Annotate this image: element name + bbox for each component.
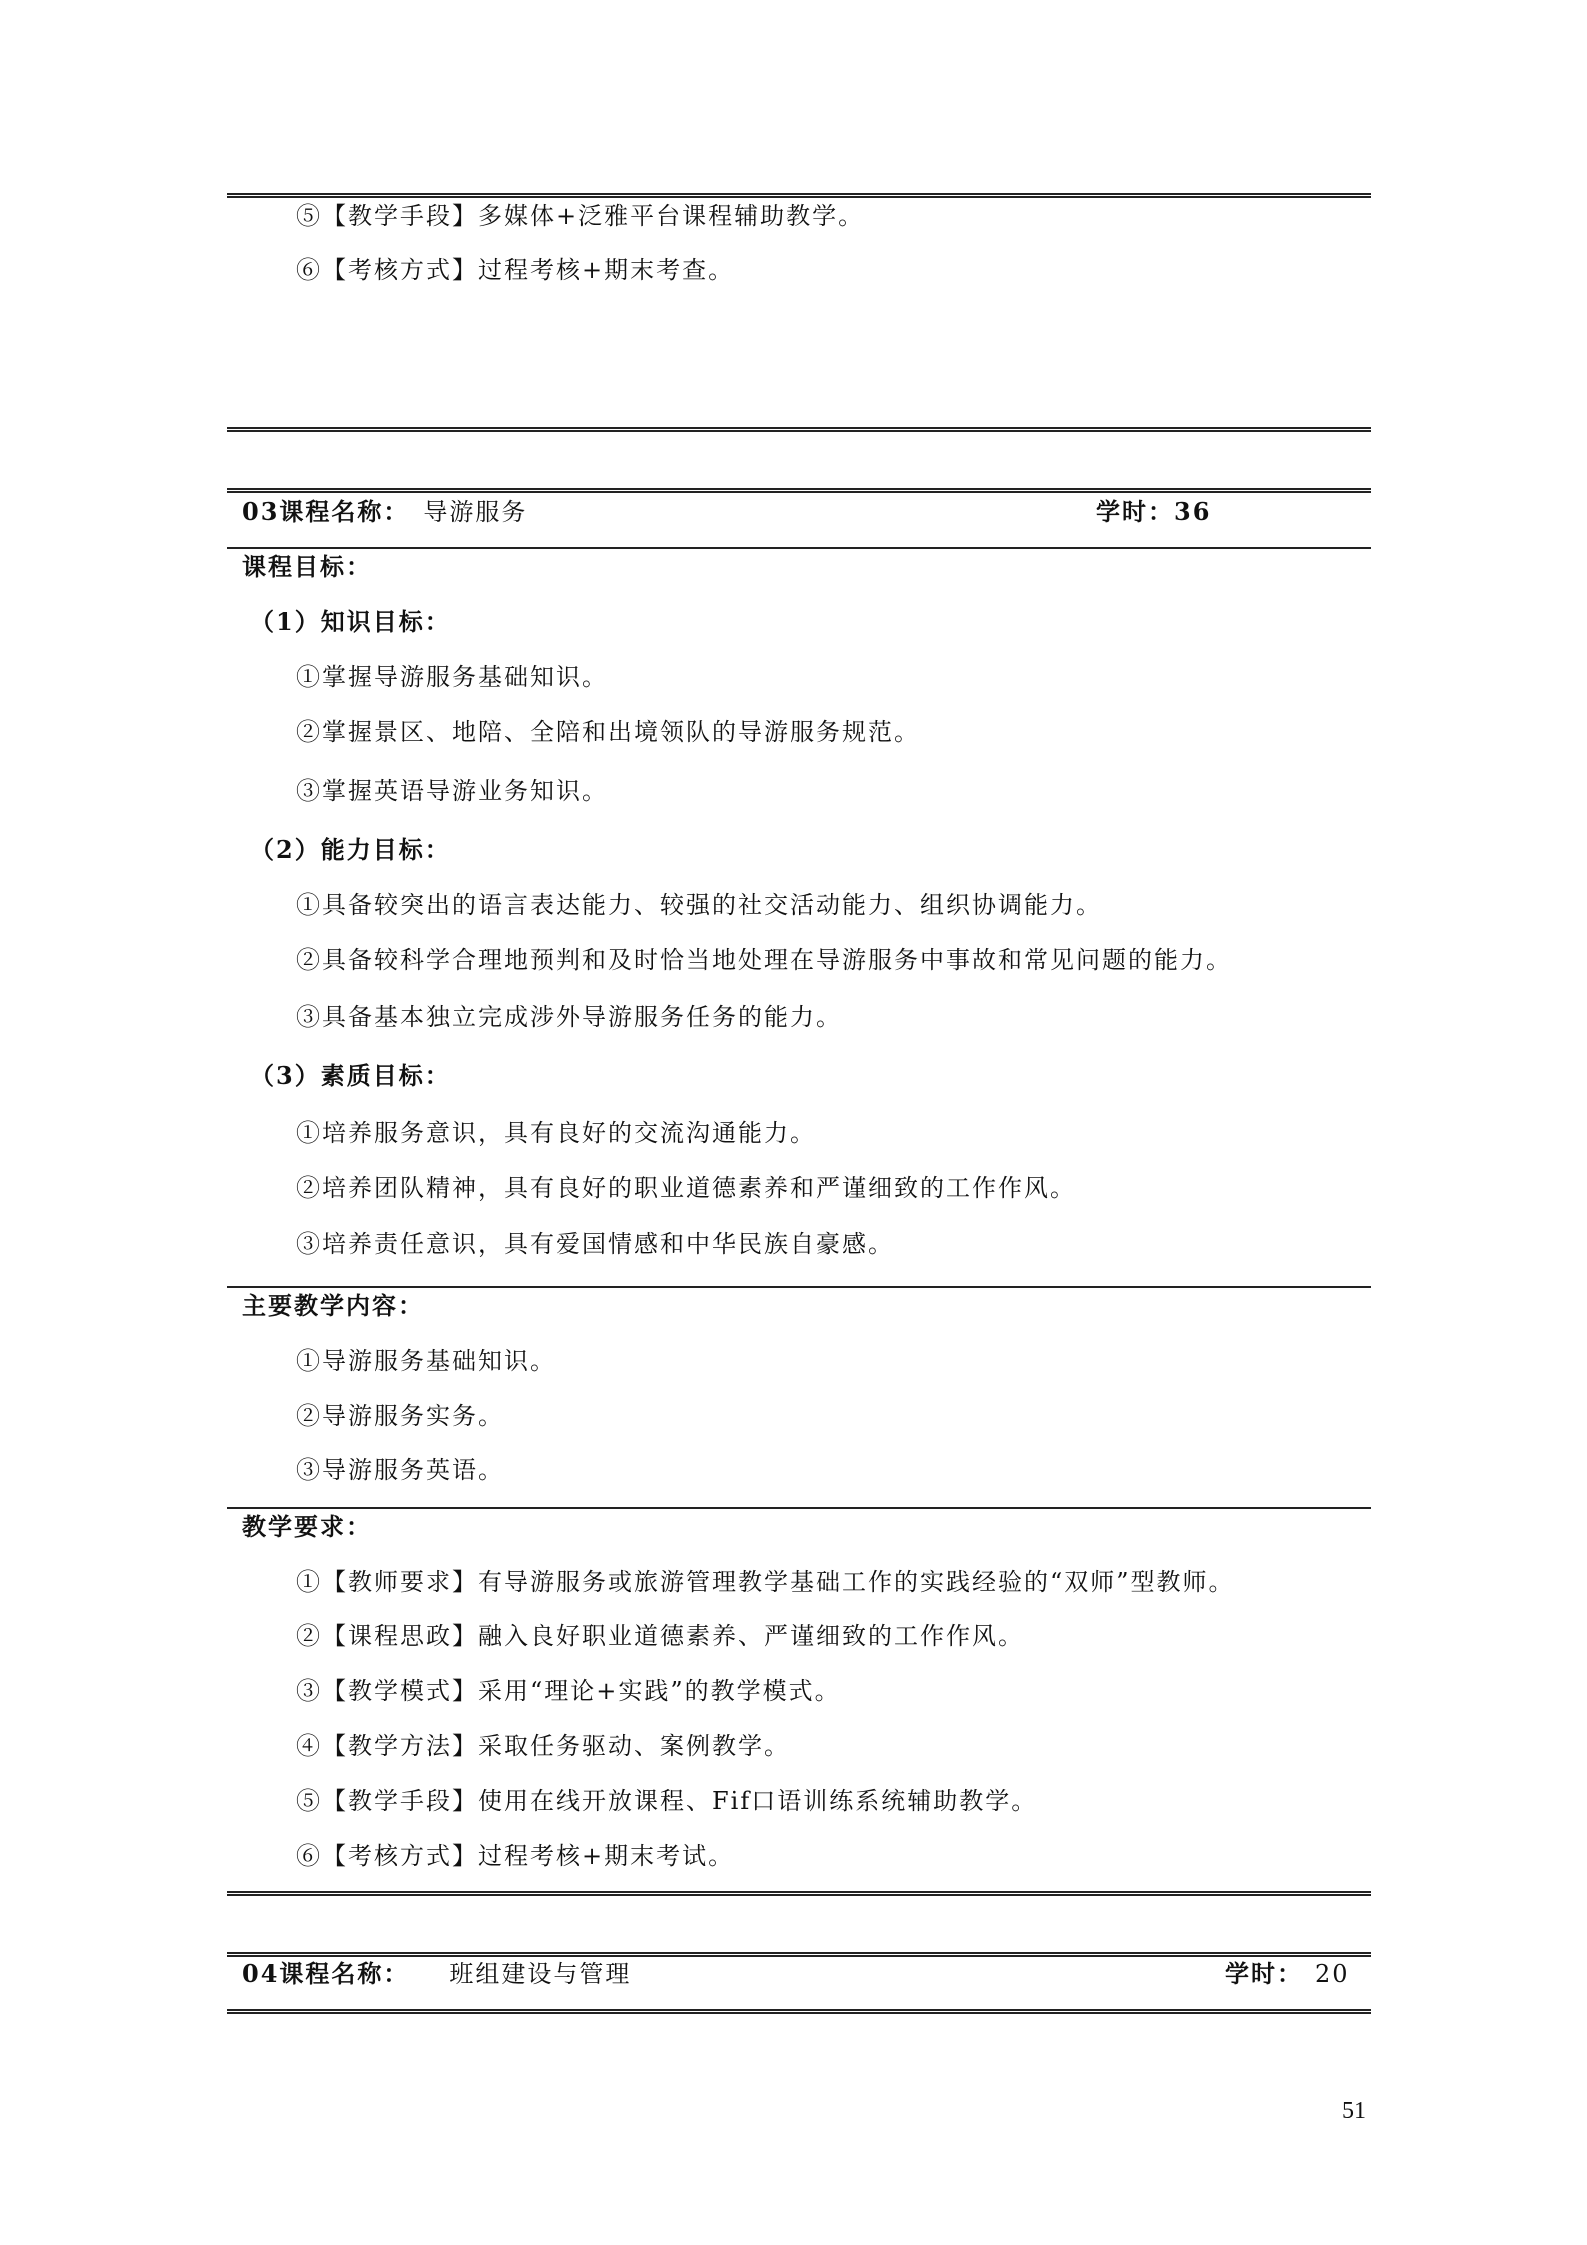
requirements-title: 教学要求： [242,1512,372,1542]
prev-item-5: ⑤【教学手段】多媒体+泛雅平台课程辅助教学。 [296,201,864,231]
content-item-3: ③导游服务英语。 [296,1455,504,1485]
objectives-title: 课程目标： [242,552,372,582]
requirement-item-5: ⑤【教学手段】使用在线开放课程、Fif口语训练系统辅助教学。 [296,1786,1037,1816]
rule-course03-top [227,488,1371,493]
requirement-item-3: ③【教学模式】采用“理论+实践”的教学模式。 [296,1676,841,1706]
rule-prev-end [227,427,1371,432]
rule-course03-end [227,1891,1371,1896]
page-number: 51 [1342,2098,1366,2125]
content-item-2: ②导游服务实务。 [296,1401,504,1431]
content-item-1: ①导游服务基础知识。 [296,1346,556,1376]
ability-item-1: ①具备较突出的语言表达能力、较强的社交活动能力、组织协调能力。 [296,890,1102,920]
requirement-item-2: ②【课程思政】融入良好职业道德素养、严谨细致的工作作风。 [296,1621,1024,1651]
rule-course03-header [227,547,1371,549]
requirement-item-4: ④【教学方法】采取任务驱动、案例教学。 [296,1731,790,1761]
course03-hours-value: 36 [1174,497,1211,526]
quality-item-1: ①培养服务意识，具有良好的交流沟通能力。 [296,1118,816,1148]
course03-name-label: 03课程名称： [242,497,409,526]
prev-item-6: ⑥【考核方式】过程考核+期末考查。 [296,255,734,285]
course04-name: 班组建设与管理 [449,1960,631,1988]
quality-title: （3）素质目标： [250,1061,451,1091]
knowledge-item-3: ③掌握英语导游业务知识。 [296,776,608,806]
ability-item-3: ③具备基本独立完成涉外导游服务任务的能力。 [296,1002,842,1032]
rule-requirements [227,1507,1371,1509]
quality-item-2: ②培养团队精神，具有良好的职业道德素养和严谨细致的工作作风。 [296,1173,1076,1203]
course03-hours-label: 学时： [1096,497,1174,526]
knowledge-item-2: ②掌握景区、地陪、全陪和出境领队的导游服务规范。 [296,717,920,747]
rule-course04-bottom [227,2009,1371,2014]
content-title: 主要教学内容： [242,1291,424,1321]
course04-hours-label: 学时： [1225,1959,1303,1988]
course03-name: 导游服务 [423,498,527,526]
ability-item-2: ②具备较科学合理地预判和及时恰当地处理在导游服务中事故和常见问题的能力。 [296,945,1232,975]
course04-hours-value: 20 [1315,1960,1350,1988]
requirement-item-6: ⑥【考核方式】过程考核+期末考试。 [296,1841,734,1871]
course04-header: 04课程名称：班组建设与管理 [242,1959,631,1989]
quality-item-3: ③培养责任意识，具有爱国情感和中华民族自豪感。 [296,1229,894,1259]
knowledge-title: （1）知识目标： [250,607,451,637]
rule-course04-top [227,1952,1371,1957]
course03-header: 03课程名称：导游服务 [242,497,527,527]
course03-hours: 学时：36 [1096,497,1211,527]
requirement-item-1: ①【教师要求】有导游服务或旅游管理教学基础工作的实践经验的“双师”型教师。 [296,1567,1235,1597]
course04-hours: 学时：20 [1225,1959,1350,1989]
course04-name-label: 04课程名称： [242,1959,409,1988]
rule-content [227,1286,1371,1288]
knowledge-item-1: ①掌握导游服务基础知识。 [296,662,608,692]
ability-title: （2）能力目标： [250,835,451,865]
rule-top [227,193,1371,198]
